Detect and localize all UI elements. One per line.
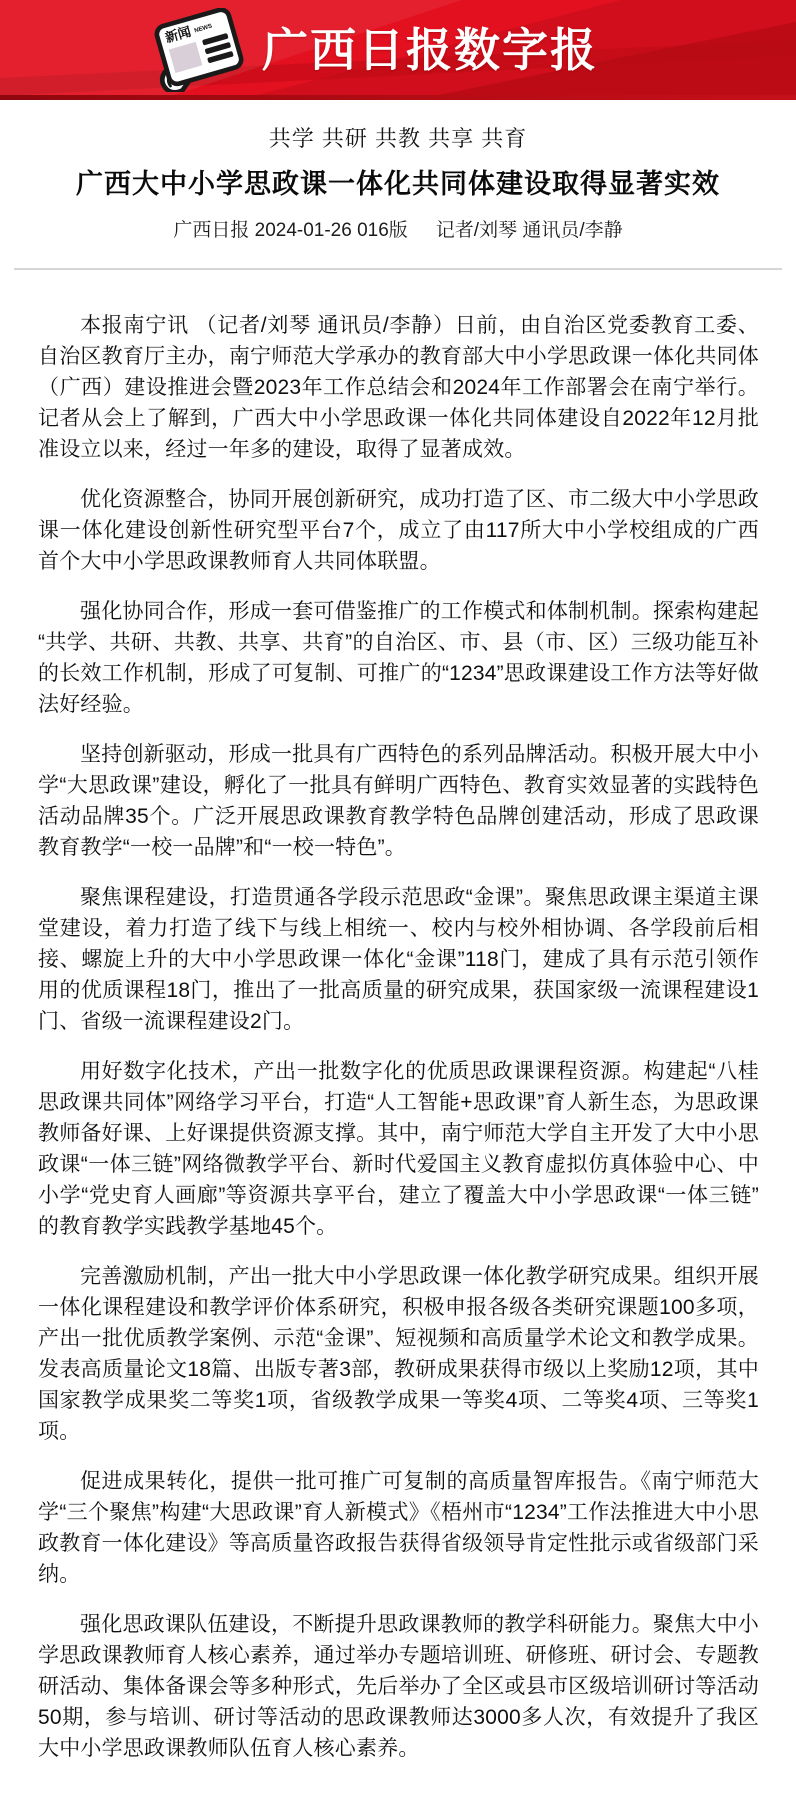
- article-byline: 记者/刘琴 通讯员/李静: [436, 220, 623, 241]
- paragraph: 坚持创新驱动，形成一批具有广西特色的系列品牌活动。积极开展大中小学“大思政课”建…: [38, 739, 759, 863]
- brand-row: 新闻 NEWS 广西日报数字报: [150, 0, 598, 100]
- site-header: 新闻 NEWS 广西日报数字报: [0, 0, 796, 100]
- paragraph: 强化协同合作，形成一套可借鉴推广的工作模式和体制机制。探索构建起“共学、共研、共…: [38, 596, 759, 720]
- site-brand-title[interactable]: 广西日报数字报: [262, 27, 598, 73]
- article-kicker: 共学 共研 共教 共享 共育: [0, 122, 796, 153]
- paragraph: 完善激励机制，产出一批大中小学思政课一体化教学研究成果。组织开展一体化课程建设和…: [38, 1261, 759, 1447]
- paragraph: 本报南宁讯 （记者/刘琴 通讯员/李静）日前，由自治区党委教育工委、自治区教育厅…: [38, 310, 759, 465]
- article-source-date-edition: 广西日报 2024-01-26 016版: [173, 220, 407, 241]
- newspaper-logo-icon[interactable]: 新闻 NEWS: [150, 8, 246, 92]
- headline-block: 共学 共研 共教 共享 共育 广西大中小学思政课一体化共同体建设取得显著实效 广…: [0, 122, 796, 242]
- article-meta: 广西日报 2024-01-26 016版记者/刘琴 通讯员/李静: [0, 215, 796, 242]
- paragraph: 聚焦课程建设，打造贯通各学段示范思政“金课”。聚焦思政课主渠道主课堂建设，着力打…: [38, 882, 759, 1037]
- article-title: 广西大中小学思政课一体化共同体建设取得显著实效: [0, 162, 796, 201]
- paragraph: 用好数字化技术，产出一批数字化的优质思政课课程资源。构建起“八桂思政课共同体”网…: [38, 1056, 759, 1242]
- article-page: 共学 共研 共教 共享 共育 广西大中小学思政课一体化共同体建设取得显著实效 广…: [0, 122, 796, 1812]
- paragraph: 促进成果转化，提供一批可推广可复制的高质量智库报告。《南宁师范大学“三个聚焦”构…: [38, 1466, 759, 1590]
- paragraph: 强化思政课队伍建设，不断提升思政课教师的教学科研能力。聚焦大中小学思政课教师育人…: [38, 1609, 759, 1764]
- paragraph: 优化资源整合，协同开展创新研究，成功打造了区、市二级大中小学思政课一体化建设创新…: [38, 484, 759, 577]
- article-body: 本报南宁讯 （记者/刘琴 通讯员/李静）日前，由自治区党委教育工委、自治区教育厅…: [0, 270, 796, 1812]
